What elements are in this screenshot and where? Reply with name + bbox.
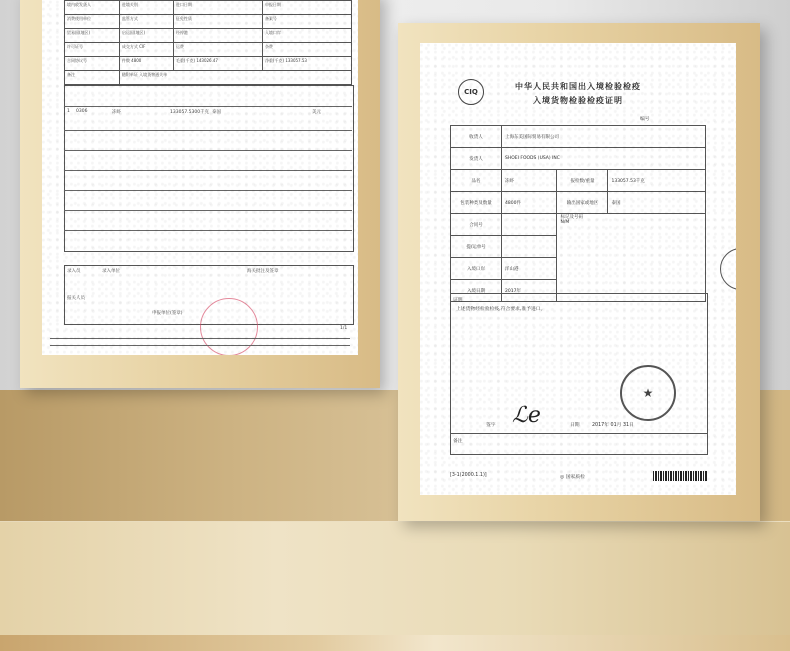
row-label: 输出国家或地区 xyxy=(557,192,608,214)
cell: 启运国(地区) xyxy=(119,29,173,43)
certificate-text: 上述货物经检验检疫,符合要求,准予进口。 xyxy=(456,305,545,312)
footer-label: 海关批注及签章 xyxy=(247,268,279,274)
page-number: 1/1 xyxy=(340,326,347,331)
issuer-mark: ◎ 国家质检 xyxy=(560,473,585,480)
row-label: 入境口岸 xyxy=(451,258,502,280)
signature-label: 签字 xyxy=(486,421,496,428)
rule xyxy=(64,150,352,151)
remarks-label: 备注 xyxy=(453,437,463,444)
cell: 消费使用单位 xyxy=(65,15,120,29)
certificate-title-line1: 中华人民共和国出入境检验检疫 xyxy=(420,81,736,92)
goods-index: 1 xyxy=(67,109,70,114)
left-frame: 境内收发货人 进境关别 进口日期 申报日期 消费使用单位 监管方式 征免性质 备… xyxy=(20,0,380,388)
row-value: 4800件 xyxy=(502,192,557,214)
row-value xyxy=(502,236,557,258)
cell: 进境关别 xyxy=(119,1,173,15)
red-seal-stamp xyxy=(200,298,258,355)
footer-label: 录入单位 xyxy=(102,268,120,274)
customs-declaration-document: 境内收发货人 进境关别 进口日期 申报日期 消费使用单位 监管方式 征免性质 备… xyxy=(42,0,358,355)
cell: 进口日期 xyxy=(173,1,262,15)
cell: 经停港 xyxy=(173,29,262,43)
rule xyxy=(64,106,352,107)
row-label: 报检数/重量 xyxy=(557,170,608,192)
rule xyxy=(50,338,350,339)
marks-cell: 标记及号码 N/M xyxy=(557,214,706,302)
rule xyxy=(64,130,352,131)
cell: 许可证号 xyxy=(65,43,120,57)
handwritten-signature: ℒe xyxy=(512,403,541,428)
cell: 毛重(千克) 143026.47 xyxy=(173,57,262,71)
cell: 征免性质 xyxy=(173,15,262,29)
cell: 成交方式 CIF xyxy=(119,43,173,57)
cell: 件数 4800 xyxy=(119,57,173,71)
inspection-certificate-document: CIQ 中华人民共和国出入境检验检疫 入境货物检验检疫证明 编号 收货人 上海东… xyxy=(420,43,736,495)
cell: 备注 xyxy=(65,71,120,85)
barcode-icon xyxy=(653,471,707,481)
rule xyxy=(64,190,352,191)
rule xyxy=(64,170,352,171)
cell: 监管方式 xyxy=(119,15,173,29)
goods-currency: 美元 xyxy=(312,109,321,115)
cell: 净重(千克) 133057.53 xyxy=(262,57,351,71)
cell: 运费 xyxy=(173,43,262,57)
row-value: 上海东美国际贸易有限公司 xyxy=(502,126,706,148)
date-label: 日期 xyxy=(570,421,580,428)
cell: 随附单证 入境货物通关单 xyxy=(119,71,351,85)
row-value: N/M xyxy=(560,220,569,225)
row-label: 提/运单号 xyxy=(451,236,502,258)
date-value: 2017年 01月 31日 xyxy=(592,421,634,428)
goods-origin: 泰国 xyxy=(212,109,221,115)
row-label: 收货人 xyxy=(451,126,502,148)
certificate-title-line2: 入境货物检验检疫证明 xyxy=(420,95,736,106)
cell: 境内收发货人 xyxy=(65,1,120,15)
cell: 合同协议号 xyxy=(65,57,120,71)
rule xyxy=(50,345,350,346)
row-value xyxy=(502,214,557,236)
goods-code: 0306 xyxy=(76,109,87,114)
right-frame: CIQ 中华人民共和国出入境检验检疫 入境货物检验检疫证明 编号 收货人 上海东… xyxy=(398,23,760,521)
certificate-table: 收货人 上海东美国际贸易有限公司 发货人 SHOEI FOODS (USA) I… xyxy=(450,125,706,302)
side-seal-stamp xyxy=(720,248,736,290)
declaration-header-table: 境内收发货人 进境关别 进口日期 申报日期 消费使用单位 监管方式 征免性质 备… xyxy=(64,0,352,85)
row-value: 冻虾 xyxy=(502,170,557,192)
certificate-label: 证明 xyxy=(453,296,463,303)
row-label: 合同号 xyxy=(451,214,502,236)
cell: 入境口岸 xyxy=(262,29,351,43)
row-value: 133057.53千克 xyxy=(608,170,706,192)
cell: 贸易国(地区) xyxy=(65,29,120,43)
footer-label: 录入员 xyxy=(67,268,81,274)
rule xyxy=(64,210,352,211)
row-label: 包装种类及数量 xyxy=(451,192,502,214)
shelf-edge xyxy=(0,635,790,651)
official-seal-star-icon: ★ xyxy=(620,365,676,421)
footer-label: 申报单位(签章) xyxy=(152,310,183,316)
row-label: 发货人 xyxy=(451,148,502,170)
cell: 杂费 xyxy=(262,43,351,57)
certificate-number-label: 编号 xyxy=(640,115,650,122)
cell: 备案号 xyxy=(262,15,351,29)
row-value: 洋山港 xyxy=(502,258,557,280)
shelf-front xyxy=(0,522,790,651)
row-value: SHOEI FOODS (USA) INC xyxy=(502,148,706,170)
form-code: [3-1(2000.1.1)] xyxy=(450,473,487,478)
goods-name: 冻虾 xyxy=(112,109,121,115)
row-value: 泰国 xyxy=(608,192,706,214)
footer-label: 报关人员 xyxy=(67,295,85,301)
rule xyxy=(64,230,352,231)
row-label: 品名 xyxy=(451,170,502,192)
goods-quantity: 133057.5300千克 xyxy=(170,109,209,115)
remarks-box xyxy=(450,433,708,455)
cell: 申报日期 xyxy=(262,1,351,15)
